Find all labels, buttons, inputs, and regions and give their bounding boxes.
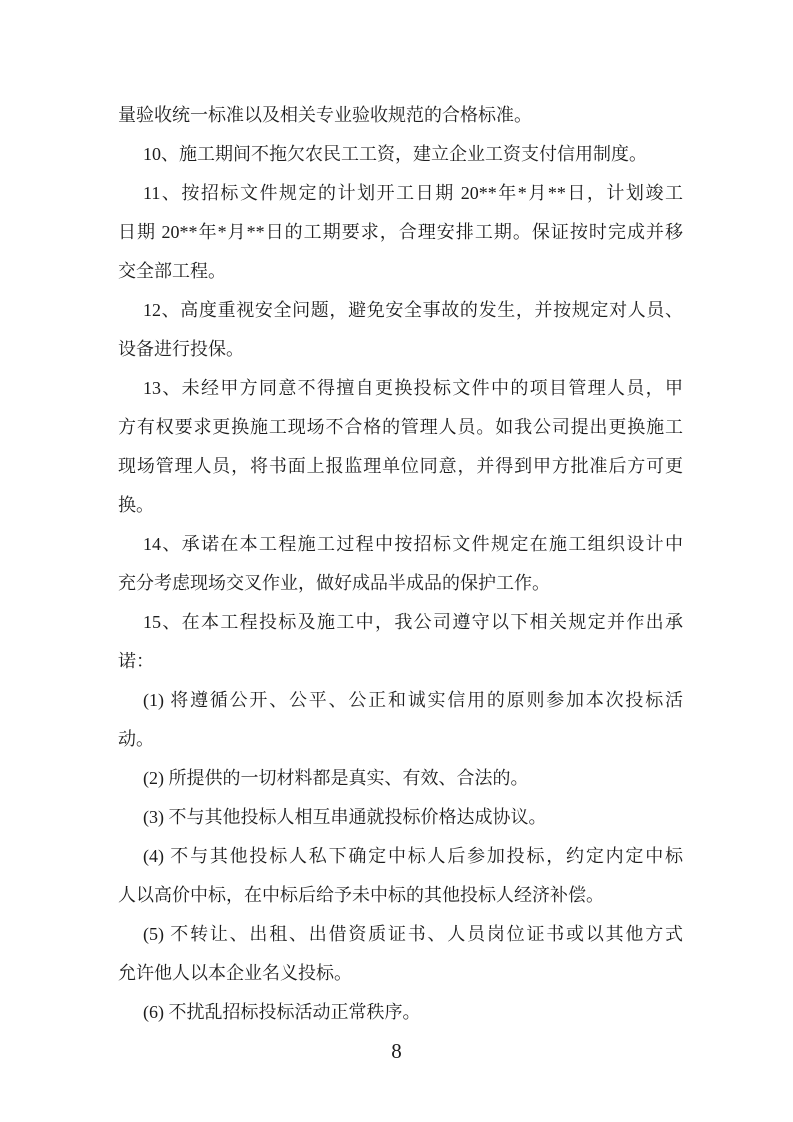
text-line: (1) 将遵循公开、公平、公正和诚实信用的原则参加本次投标活 (118, 681, 683, 720)
text-line: 14、承诺在本工程施工过程中按招标文件规定在施工组织设计中 (118, 525, 683, 564)
text-line: (5) 不转让、出租、出借资质证书、人员岗位证书或以其他方式 (118, 915, 683, 954)
text-line: 方有权要求更换施工现场不合格的管理人员。如我公司提出更换施工 (118, 408, 683, 447)
text-line: 允许他人以本企业名义投标。 (118, 954, 683, 993)
text-line: 动。 (118, 720, 683, 759)
text-line: 充分考虑现场交叉作业，做好成品半成品的保护工作。 (118, 564, 683, 603)
text-line: (6) 不扰乱招标投标活动正常秩序。 (118, 993, 683, 1032)
text-line: 人以高价中标，在中标后给予未中标的其他投标人经济补偿。 (118, 876, 683, 915)
text-line: 10、施工期间不拖欠农民工工资，建立企业工资支付信用制度。 (118, 135, 683, 174)
text-line: 12、高度重视安全问题，避免安全事故的发生，并按规定对人员、 (118, 291, 683, 330)
text-line: 交全部工程。 (118, 252, 683, 291)
text-line: (2) 所提供的一切材料都是真实、有效、合法的。 (118, 759, 683, 798)
page-number: 8 (0, 1038, 793, 1065)
text-line: 现场管理人员，将书面上报监理单位同意，并得到甲方批准后方可更 (118, 447, 683, 486)
text-line: (4) 不与其他投标人私下确定中标人后参加投标，约定内定中标 (118, 837, 683, 876)
text-line: 量验收统一标准以及相关专业验收规范的合格标准。 (118, 96, 683, 135)
text-line: 诺： (118, 642, 683, 681)
text-line: 13、未经甲方同意不得擅自更换投标文件中的项目管理人员，甲 (118, 369, 683, 408)
document-body: 量验收统一标准以及相关专业验收规范的合格标准。10、施工期间不拖欠农民工工资，建… (118, 96, 683, 1032)
text-line: 换。 (118, 486, 683, 525)
text-line: (3) 不与其他投标人相互串通就投标价格达成协议。 (118, 798, 683, 837)
text-line: 11、按招标文件规定的计划开工日期 20**年*月**日，计划竣工 (118, 174, 683, 213)
text-line: 15、在本工程投标及施工中，我公司遵守以下相关规定并作出承 (118, 603, 683, 642)
document-page: 量验收统一标准以及相关专业验收规范的合格标准。10、施工期间不拖欠农民工工资，建… (0, 0, 793, 1122)
text-line: 日期 20**年*月**日的工期要求，合理安排工期。保证按时完成并移 (118, 213, 683, 252)
text-line: 设备进行投保。 (118, 330, 683, 369)
